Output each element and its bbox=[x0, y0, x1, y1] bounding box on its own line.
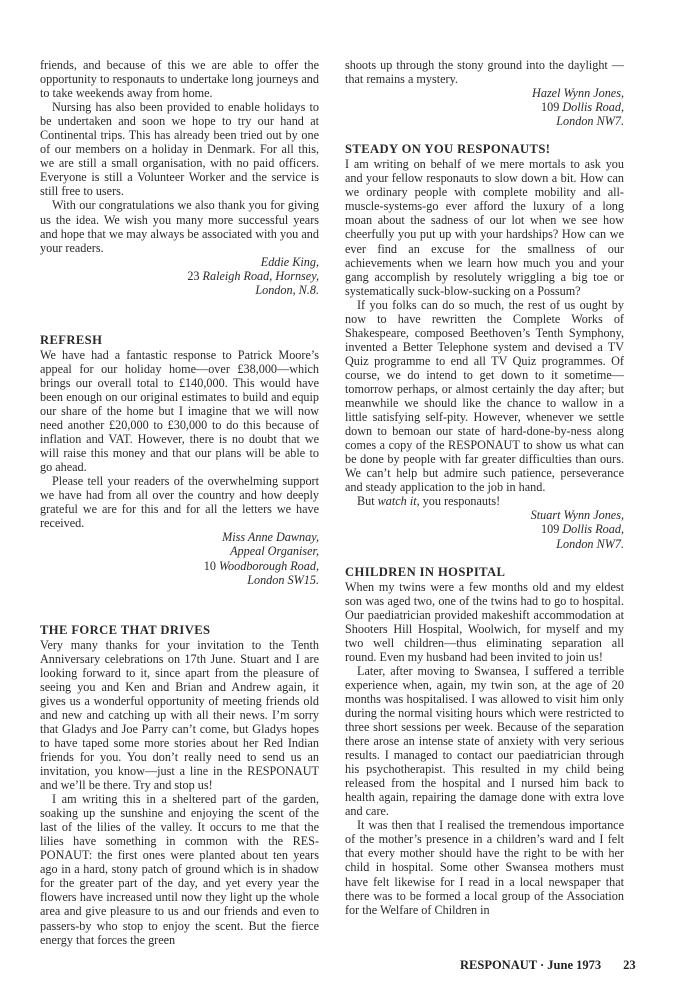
signature-city: London, N.8. bbox=[40, 283, 319, 297]
letter-force-that-drives: THE FORCE THAT DRIVES Very many thanks f… bbox=[40, 623, 319, 947]
signature-name: Stuart Wynn Jones, bbox=[345, 508, 624, 522]
signature-role: Appeal Organiser, bbox=[40, 544, 319, 558]
signature-address: 23 Raleigh Road, Hornsey, bbox=[40, 269, 319, 283]
paragraph: shoots up through the stony ground into … bbox=[345, 58, 624, 86]
paragraph: With our congratulations we also thank y… bbox=[40, 198, 319, 254]
letter-force-continued: shoots up through the stony ground into … bbox=[345, 58, 624, 128]
signature-name: Eddie King, bbox=[40, 255, 319, 269]
section-heading: CHILDREN IN HOSPITAL bbox=[345, 565, 624, 580]
letter-refresh: REFRESH We have had a fantastic response… bbox=[40, 333, 319, 587]
paragraph: If you folks can do so much, the rest of… bbox=[345, 298, 624, 495]
paragraph: Very many thanks for your invitation to … bbox=[40, 638, 319, 793]
signature: Hazel Wynn Jones, 109 Dollis Road, Londo… bbox=[345, 86, 624, 128]
paragraph: Nursing has also been provided to enable… bbox=[40, 100, 319, 198]
closing-line: But watch it, you responauts! bbox=[345, 494, 624, 508]
paragraph: We have had a fantastic response to Patr… bbox=[40, 348, 319, 474]
signature-city: London NW7. bbox=[345, 537, 624, 551]
page-footer: RESPONAUT · June 197323 bbox=[460, 958, 636, 973]
letter-children-in-hospital: CHILDREN IN HOSPITAL When my twins were … bbox=[345, 565, 624, 917]
paragraph: friends, and because of this we are able… bbox=[40, 58, 319, 100]
signature-city: London NW7. bbox=[345, 114, 624, 128]
signature-city: London SW15. bbox=[40, 573, 319, 587]
paragraph: Please tell your readers of the overwhel… bbox=[40, 474, 319, 530]
letter-steady-on: STEADY ON YOU RESPONAUTS! I am writing o… bbox=[345, 142, 624, 550]
signature-address: 10 Woodborough Road, bbox=[40, 559, 319, 573]
emphasis: watch it, bbox=[378, 494, 420, 508]
signature: Eddie King, 23 Raleigh Road, Hornsey, Lo… bbox=[40, 255, 319, 297]
paragraph: Later, after moving to Swansea, I suffer… bbox=[345, 664, 624, 819]
signature: Miss Anne Dawnay, Appeal Organiser, 10 W… bbox=[40, 530, 319, 586]
right-column: shoots up through the stony ground into … bbox=[345, 58, 624, 917]
signature: Stuart Wynn Jones, 109 Dollis Road, Lond… bbox=[345, 508, 624, 550]
section-heading: THE FORCE THAT DRIVES bbox=[40, 623, 319, 638]
paragraph: I am writing this in a sheltered part of… bbox=[40, 792, 319, 947]
publication-name: RESPONAUT · June 1973 bbox=[460, 958, 601, 972]
section-heading: REFRESH bbox=[40, 333, 319, 348]
signature-address: 109 Dollis Road, bbox=[345, 100, 624, 114]
signature-name: Miss Anne Dawnay, bbox=[40, 530, 319, 544]
signature-address: 109 Dollis Road, bbox=[345, 522, 624, 536]
paragraph: It was then that I realised the tremendo… bbox=[345, 818, 624, 916]
paragraph: I am writing on behalf of we mere mortal… bbox=[345, 157, 624, 297]
letter-continuation: friends, and because of this we are able… bbox=[40, 58, 319, 297]
left-column: friends, and because of this we are able… bbox=[40, 58, 319, 947]
page-number: 23 bbox=[623, 958, 636, 972]
signature-name: Hazel Wynn Jones, bbox=[345, 86, 624, 100]
paragraph: When my twins were a few months old and … bbox=[345, 580, 624, 664]
section-heading: STEADY ON YOU RESPONAUTS! bbox=[345, 142, 624, 157]
